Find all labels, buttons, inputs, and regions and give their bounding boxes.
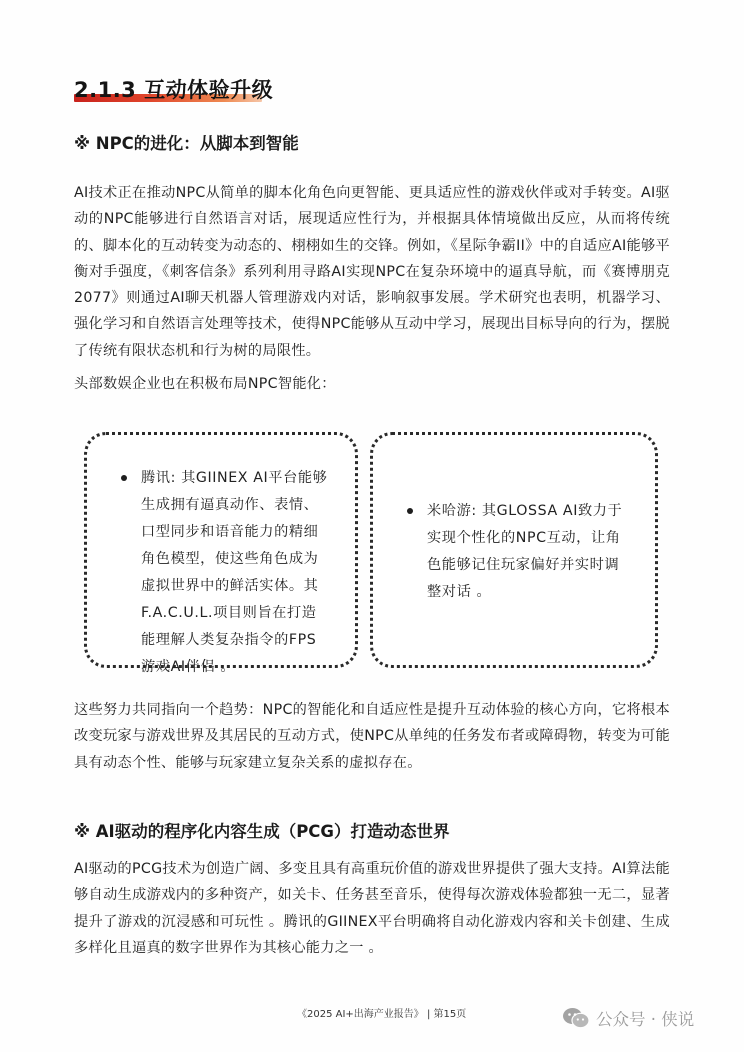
- paragraph-npc-trend: 这些努力共同指向一个趋势：NPC的智能化和自适应性是提升互动体验的核心方向，它将…: [74, 697, 670, 776]
- section-title: 2.1.3 互动体验升级: [74, 74, 273, 104]
- footer-page-label: 《2025 AI+出海产业报告》 | 第15页: [297, 1005, 466, 1020]
- document-page: 2.1.3 互动体验升级 ※ NPC的进化：从脚本到智能 AI技术正在推动NPC…: [0, 0, 744, 1052]
- card-mihoyo-text: 米哈游: 其GLOSSA AI致力于实现个性化的NPC互动，让角色能够记住玩家偏…: [427, 498, 627, 606]
- paragraph-npc-intro: AI技术正在推动NPC从简单的脚本化角色向更智能、更具适应性的游戏伙伴或对手转变…: [74, 180, 670, 364]
- subheading-pcg: ※ AI驱动的程序化内容生成（PCG）打造动态世界: [74, 818, 449, 842]
- subheading-npc-evolution: ※ NPC的进化：从脚本到智能: [74, 130, 299, 154]
- paragraph-companies-intro: 头部数娱企业也在积极布局NPC智能化：: [74, 371, 670, 397]
- watermark: 公众号 · 侠说: [562, 1006, 694, 1030]
- card-tencent-text: 腾讯: 其GIINEX AI平台能够生成拥有逼真动作、表情、口型同步和语音能力的…: [141, 465, 331, 681]
- bullet-icon: [407, 508, 413, 514]
- card-mihoyo: 米哈游: 其GLOSSA AI致力于实现个性化的NPC互动，让角色能够记住玩家偏…: [370, 432, 658, 668]
- bullet-icon: [121, 475, 127, 481]
- paragraph-pcg: AI驱动的PCG技术为创造广阔、多变且具有高重玩价值的游戏世界提供了强大支持。A…: [74, 856, 670, 961]
- card-tencent: 腾讯: 其GIINEX AI平台能够生成拥有逼真动作、表情、口型同步和语音能力的…: [84, 432, 358, 668]
- wechat-icon: [562, 1007, 590, 1029]
- watermark-text: 公众号 · 侠说: [596, 1006, 694, 1030]
